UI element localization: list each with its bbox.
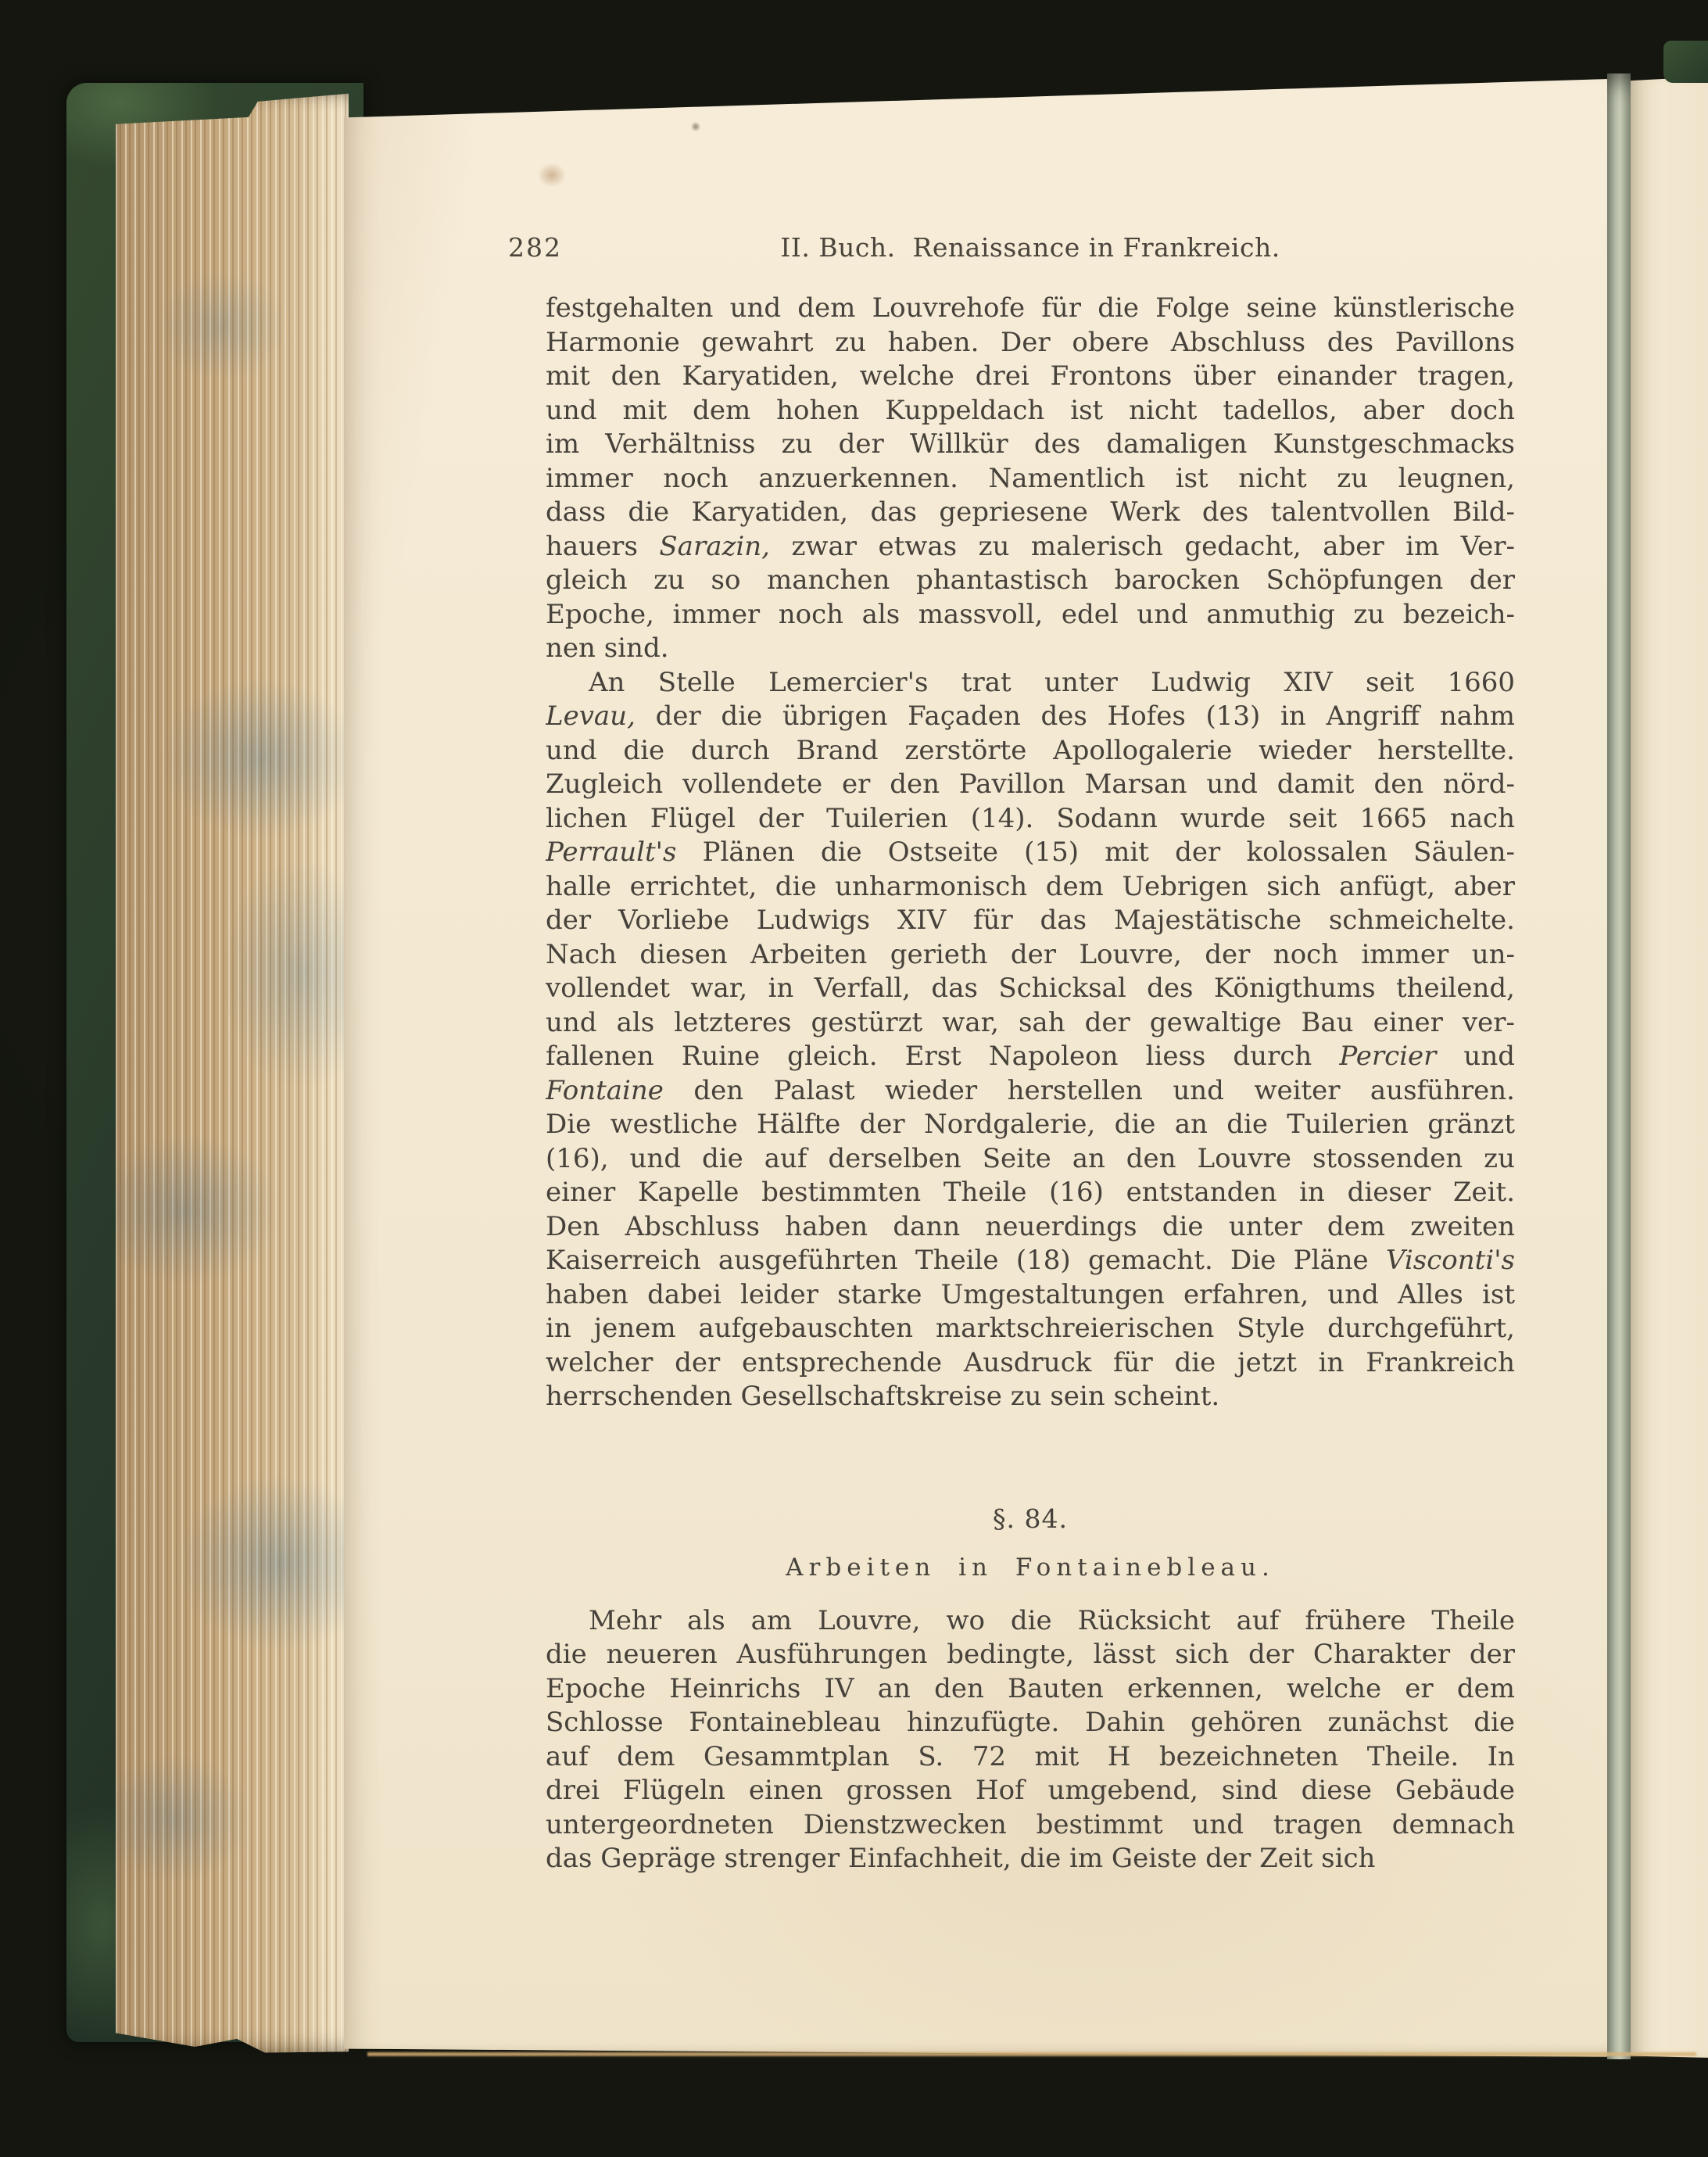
page-number: 282	[508, 232, 562, 263]
text-line: halle errichtet, die unharmonisch dem Ue…	[546, 870, 1515, 905]
text-line: Den Abschluss haben dann neuerdings die …	[546, 1210, 1515, 1245]
text-line: in jenem aufgebauschten marktschreierisc…	[546, 1312, 1515, 1346]
text-line: herrschenden Gesellschaftskreise zu sein…	[546, 1380, 1515, 1414]
text-line: Levau, der die übrigen Façaden des Hofes…	[546, 700, 1515, 734]
text-line: und die durch Brand zerstörte Apollogale…	[546, 734, 1515, 769]
text-line: An Stelle Lemercier's trat unter Ludwig …	[546, 666, 1515, 700]
section-title: Arbeiten in Fontainebleau.	[546, 1551, 1515, 1586]
section-mark: §. 84.	[546, 1502, 1515, 1536]
text-column: 282 II. Buch. Renaissance in Frankreich.…	[546, 232, 1515, 1876]
text-line: gleich zu so manchen phantastisch barock…	[546, 564, 1515, 598]
body-text: festgehalten und dem Louvrehofe für die …	[546, 292, 1515, 1876]
text-line: Nach diesen Arbeiten gerieth der Louvre,…	[546, 938, 1515, 973]
text-line: Epoche, immer noch als massvoll, edel un…	[546, 598, 1515, 632]
text-line: (16), und die auf derselben Seite an den…	[546, 1142, 1515, 1177]
page-bottom-edge	[367, 2052, 1696, 2056]
text-line: Zugleich vollendete er den Pavillon Mars…	[546, 768, 1515, 802]
text-line: der Vorliebe Ludwigs XIV für das Majestä…	[546, 904, 1515, 938]
text-line: Kaiserreich ausgeführten Theile (18) gem…	[546, 1244, 1515, 1278]
text-line: auf dem Gesammtplan S. 72 mit H bezeichn…	[546, 1740, 1515, 1775]
text-line: immer noch anzuerkennen. Namentlich ist …	[546, 462, 1515, 496]
running-header: II. Buch. Renaissance in Frankreich.	[546, 232, 1515, 263]
paragraphs-after: Mehr als am Louvre, wo die Rücksicht auf…	[546, 1604, 1515, 1876]
text-line: Schlosse Fontainebleau hinzufügte. Dahin…	[546, 1706, 1515, 1740]
book-scan: 282 II. Buch. Renaissance in Frankreich.…	[0, 0, 1708, 2157]
text-line: Fontaine den Palast wieder herstellen un…	[546, 1074, 1515, 1109]
text-line: hauers Sarazin, zwar etwas zu malerisch …	[546, 530, 1515, 564]
text-line: Mehr als am Louvre, wo die Rücksicht auf…	[546, 1604, 1515, 1639]
text-line: fallenen Ruine gleich. Erst Napoleon lie…	[546, 1040, 1515, 1074]
section-heading: §. 84. Arbeiten in Fontainebleau.	[546, 1502, 1515, 1586]
book-page: 282 II. Buch. Renaissance in Frankreich.…	[344, 72, 1612, 2058]
text-line: im Verhältniss zu der Willkür des damali…	[546, 428, 1515, 462]
facing-page-sliver	[1631, 77, 1708, 2058]
text-line: festgehalten und dem Louvrehofe für die …	[546, 292, 1515, 326]
page-gutter	[1607, 73, 1631, 2059]
paragraph: festgehalten und dem Louvrehofe für die …	[546, 292, 1515, 666]
text-line: nen sind.	[546, 632, 1515, 666]
text-line: Harmonie gewahrt zu haben. Der obere Abs…	[546, 326, 1515, 360]
paragraph: Mehr als am Louvre, wo die Rücksicht auf…	[546, 1604, 1515, 1876]
text-line: haben dabei leider starke Umgestaltungen…	[546, 1278, 1515, 1313]
text-line: Perrault's Plänen die Ostseite (15) mit …	[546, 836, 1515, 870]
text-line: drei Flügeln einen grossen Hof umgebend,…	[546, 1774, 1515, 1808]
text-line: und mit dem hohen Kuppeldach ist nicht t…	[546, 394, 1515, 428]
paragraphs-before: festgehalten und dem Louvrehofe für die …	[546, 292, 1515, 1414]
text-line: Epoche Heinrichs IV an den Bauten erkenn…	[546, 1672, 1515, 1707]
text-line: vollendet war, in Verfall, das Schicksal…	[546, 972, 1515, 1006]
text-line: lichen Flügel der Tuilerien (14). Sodann…	[546, 802, 1515, 837]
text-line: Die westliche Hälfte der Nordgalerie, di…	[546, 1108, 1515, 1142]
text-line: die neueren Ausführungen bedingte, lässt…	[546, 1638, 1515, 1672]
text-line: welcher der entsprechende Ausdruck für d…	[546, 1346, 1515, 1381]
text-line: und als letzteres gestürzt war, sah der …	[546, 1006, 1515, 1041]
fanned-page-edges	[116, 91, 349, 2055]
book-cover-top-right	[1663, 41, 1708, 83]
text-line: mit den Karyatiden, welche drei Frontons…	[546, 360, 1515, 394]
page-header: 282 II. Buch. Renaissance in Frankreich.	[546, 232, 1515, 268]
text-line: untergeordneten Dienstzwecken bestimmt u…	[546, 1808, 1515, 1843]
paragraph: An Stelle Lemercier's trat unter Ludwig …	[546, 666, 1515, 1414]
text-line: dass die Karyatiden, das gepriesene Werk…	[546, 496, 1515, 530]
text-line: das Gepräge strenger Einfachheit, die im…	[546, 1842, 1515, 1876]
text-line: einer Kapelle bestimmten Theile (16) ent…	[546, 1176, 1515, 1210]
